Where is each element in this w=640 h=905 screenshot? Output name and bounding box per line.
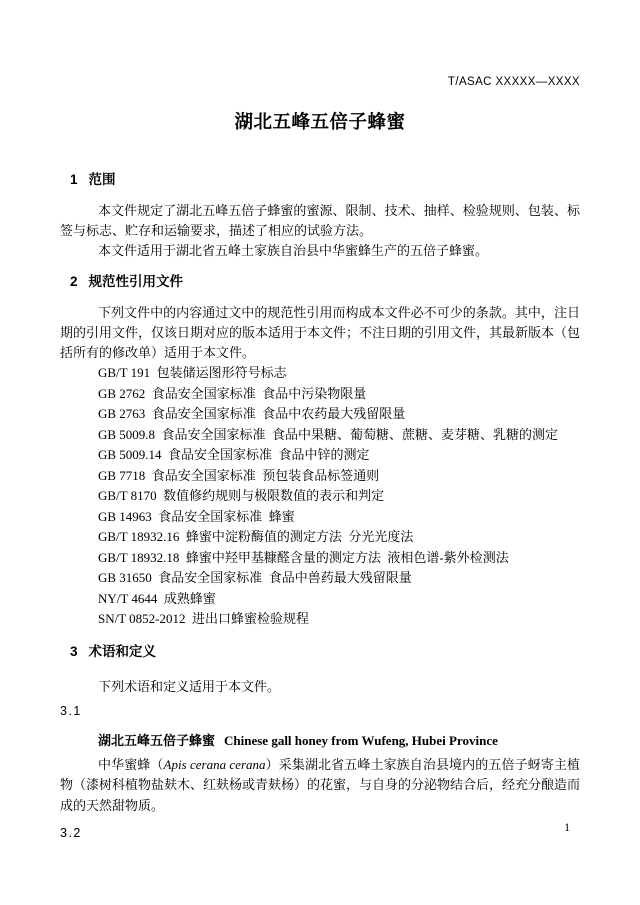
- clause-number-3-1: 3.1: [60, 704, 580, 719]
- normative-intro-paragraph: 下列文件中的内容通过文中的规范性引用而构成本文件必不可少的条款。其中，注日期的引…: [60, 303, 580, 363]
- reference-item: GB/T 18932.16 蜂蜜中淀粉酶值的测定方法 分光光度法: [60, 527, 580, 548]
- section-number: 3: [70, 643, 78, 661]
- term-entry: 湖北五峰五倍子蜂蜜Chinese gall honey from Wufeng,…: [60, 732, 580, 750]
- section-heading-scope: 1范围: [60, 171, 580, 189]
- section-title: 术语和定义: [89, 644, 157, 659]
- scope-paragraph-2: 本文件适用于湖北省五峰土家族自治县中华蜜蜂生产的五倍子蜂蜜。: [60, 241, 580, 261]
- section-title: 范围: [89, 172, 116, 187]
- reference-item: GB/T 18932.18 蜂蜜中羟甲基糠醛含量的测定方法 液相色谱-紫外检测法: [60, 548, 580, 569]
- term-name-chinese: 湖北五峰五倍子蜂蜜: [98, 733, 215, 748]
- reference-item: GB 5009.8 食品安全国家标准 食品中果糖、葡萄糖、蔗糖、麦芽糖、乳糖的测…: [60, 425, 580, 446]
- latin-species-name: Apis cerana cerana: [164, 757, 266, 772]
- section-heading-terms-definitions: 3术语和定义: [60, 643, 580, 661]
- standard-number: T/ASAC XXXXX—XXXX: [60, 75, 580, 89]
- reference-item: GB 2762 食品安全国家标准 食品中污染物限量: [60, 384, 580, 405]
- definition-text-pre: 中华蜜蜂（: [98, 757, 164, 772]
- document-title: 湖北五峰五倍子蜂蜜: [60, 109, 580, 135]
- reference-item: GB 14963 食品安全国家标准 蜂蜜: [60, 507, 580, 528]
- reference-item: GB/T 191 包装储运图形符号标志: [60, 363, 580, 384]
- term-definition: 中华蜜蜂（Apis cerana cerana）采集湖北省五峰土家族自治县境内的…: [60, 755, 580, 817]
- reference-item: GB 2763 食品安全国家标准 食品中农药最大残留限量: [60, 404, 580, 425]
- document-page: T/ASAC XXXXX—XXXX 湖北五峰五倍子蜂蜜 1范围 本文件规定了湖北…: [0, 0, 640, 905]
- terms-intro-paragraph: 下列术语和定义适用于本文件。: [60, 677, 580, 697]
- term-name-english: Chinese gall honey from Wufeng, Hubei Pr…: [224, 733, 498, 748]
- scope-paragraph-1: 本文件规定了湖北五峰五倍子蜂蜜的蜜源、限制、技术、抽样、检验规则、包装、标签与标…: [60, 201, 580, 241]
- section-title: 规范性引用文件: [89, 274, 184, 289]
- reference-item: SN/T 0852-2012 进出口蜂蜜检验规程: [60, 609, 580, 630]
- page-number: 1: [564, 821, 570, 835]
- section-number: 1: [70, 171, 78, 189]
- reference-item: NY/T 4644 成熟蜂蜜: [60, 589, 580, 610]
- reference-item: GB/T 8170 数值修约规则与极限数值的表示和判定: [60, 486, 580, 507]
- section-heading-normative-references: 2规范性引用文件: [60, 273, 580, 291]
- reference-item: GB 5009.14 食品安全国家标准 食品中锌的测定: [60, 445, 580, 466]
- clause-number-3-2: 3.2: [60, 826, 580, 841]
- reference-list: GB/T 191 包装储运图形符号标志 GB 2762 食品安全国家标准 食品中…: [60, 363, 580, 630]
- reference-item: GB 31650 食品安全国家标准 食品中兽药最大残留限量: [60, 568, 580, 589]
- section-number: 2: [70, 273, 78, 291]
- reference-item: GB 7718 食品安全国家标准 预包装食品标签通则: [60, 466, 580, 487]
